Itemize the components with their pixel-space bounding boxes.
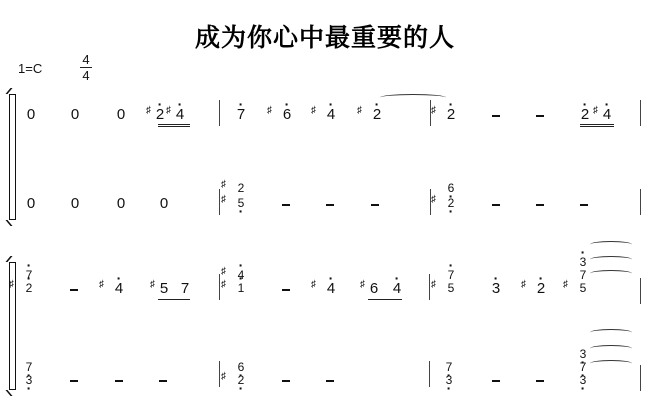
note: ♯5 bbox=[157, 281, 171, 296]
chord-upper: 6 bbox=[438, 181, 464, 196]
sustain-dash bbox=[282, 380, 290, 382]
chord-lower: ♯2 bbox=[438, 196, 464, 211]
chord-lower: 3 bbox=[436, 373, 462, 388]
sustain-dash bbox=[536, 380, 544, 382]
sharp-icon: ♯ bbox=[431, 277, 436, 292]
sharp-icon: ♯ bbox=[311, 103, 316, 118]
barline bbox=[640, 189, 641, 215]
note: ♯2 bbox=[438, 107, 464, 122]
barline bbox=[640, 100, 641, 126]
barline bbox=[219, 100, 220, 126]
note-rest: 0 bbox=[108, 196, 134, 211]
system-1-brace bbox=[9, 94, 16, 220]
sharp-icon: ♯ bbox=[166, 103, 171, 118]
chord-lower: ♯5 bbox=[438, 281, 464, 296]
sustain-dash bbox=[326, 380, 334, 382]
sharp-icon: ♯ bbox=[311, 277, 316, 292]
chord-lower: ♯1 bbox=[228, 281, 254, 296]
note: ♯4 bbox=[600, 107, 614, 122]
tie bbox=[380, 94, 446, 101]
sharp-icon: ♯ bbox=[146, 103, 151, 118]
key-signature: 1=C bbox=[18, 61, 42, 76]
tie bbox=[590, 345, 632, 352]
time-signature: 4 4 bbox=[79, 52, 93, 83]
sharp-icon: ♯ bbox=[221, 369, 226, 384]
chord-lower: ♯2 bbox=[16, 281, 42, 296]
sharp-icon: ♯ bbox=[593, 103, 598, 118]
sustain-dash bbox=[371, 204, 379, 206]
sustain-dash bbox=[536, 204, 544, 206]
note-rest: 0 bbox=[18, 196, 44, 211]
note: 2 bbox=[578, 107, 592, 122]
sustain-dash bbox=[282, 289, 290, 291]
sharp-icon: ♯ bbox=[360, 277, 365, 292]
chord-lower: ♯5 bbox=[228, 196, 254, 211]
tie bbox=[590, 256, 632, 263]
sustain-dash bbox=[536, 115, 544, 117]
sharp-icon: ♯ bbox=[267, 103, 272, 118]
tie bbox=[590, 241, 632, 248]
eighth-underline bbox=[158, 299, 190, 300]
sustain-dash bbox=[492, 204, 500, 206]
sharp-icon: ♯ bbox=[431, 103, 436, 118]
note: ♯4 bbox=[173, 107, 187, 122]
sustain-dash bbox=[492, 115, 500, 117]
sharp-icon: ♯ bbox=[9, 277, 14, 292]
note: 7 bbox=[178, 281, 192, 296]
sharp-icon: ♯ bbox=[150, 277, 155, 292]
note: ♯2 bbox=[364, 107, 390, 122]
barline bbox=[640, 365, 641, 391]
barline bbox=[429, 361, 430, 387]
sustain-dash bbox=[580, 204, 588, 206]
note: ♯6 bbox=[367, 281, 381, 296]
chord-lower: 3 bbox=[16, 373, 42, 388]
score-title: 成为你心中最重要的人 bbox=[0, 18, 650, 54]
chord-lower: ♯2 bbox=[228, 373, 254, 388]
note-rest: 0 bbox=[62, 107, 88, 122]
barline bbox=[640, 278, 641, 304]
sustain-dash bbox=[282, 204, 290, 206]
note: 4 bbox=[390, 281, 404, 296]
sustain-dash bbox=[159, 380, 167, 382]
note-rest: 0 bbox=[62, 196, 88, 211]
sustain-dash bbox=[70, 289, 78, 291]
sustain-dash bbox=[326, 204, 334, 206]
eighth-underline bbox=[580, 124, 614, 125]
sharp-icon: ♯ bbox=[221, 277, 226, 292]
note: ♯2 bbox=[153, 107, 167, 122]
chord-bottom: 3 bbox=[570, 373, 596, 388]
tie bbox=[590, 270, 632, 277]
note-rest: 0 bbox=[151, 196, 177, 211]
note-rest: 0 bbox=[108, 107, 134, 122]
note: ♯4 bbox=[106, 281, 132, 296]
eighth-underline bbox=[158, 124, 190, 125]
note: 7 bbox=[228, 107, 254, 122]
eighth-underline bbox=[368, 299, 402, 300]
note: ♯6 bbox=[274, 107, 300, 122]
sustain-dash bbox=[492, 380, 500, 382]
sharp-icon: ♯ bbox=[563, 277, 568, 292]
sharp-icon: ♯ bbox=[431, 192, 436, 207]
note-rest: 0 bbox=[18, 107, 44, 122]
time-denominator: 4 bbox=[79, 68, 93, 83]
sharp-icon: ♯ bbox=[521, 277, 526, 292]
eighth-underline bbox=[580, 126, 614, 127]
sustain-dash bbox=[70, 380, 78, 382]
sharp-icon: ♯ bbox=[99, 277, 104, 292]
sharp-icon: ♯ bbox=[357, 103, 362, 118]
note: 3 bbox=[483, 281, 509, 296]
note: ♯4 bbox=[318, 281, 344, 296]
note: ♯2 bbox=[528, 281, 554, 296]
tie bbox=[590, 329, 632, 336]
sharp-icon: ♯ bbox=[221, 177, 226, 192]
sustain-dash bbox=[115, 380, 123, 382]
sharp-icon: ♯ bbox=[221, 192, 226, 207]
note: ♯4 bbox=[318, 107, 344, 122]
chord-bottom: ♯5 bbox=[570, 281, 596, 296]
chord-upper: ♯2 bbox=[228, 181, 254, 196]
time-numerator: 4 bbox=[79, 52, 93, 67]
tie bbox=[590, 360, 632, 367]
eighth-underline bbox=[158, 126, 190, 127]
